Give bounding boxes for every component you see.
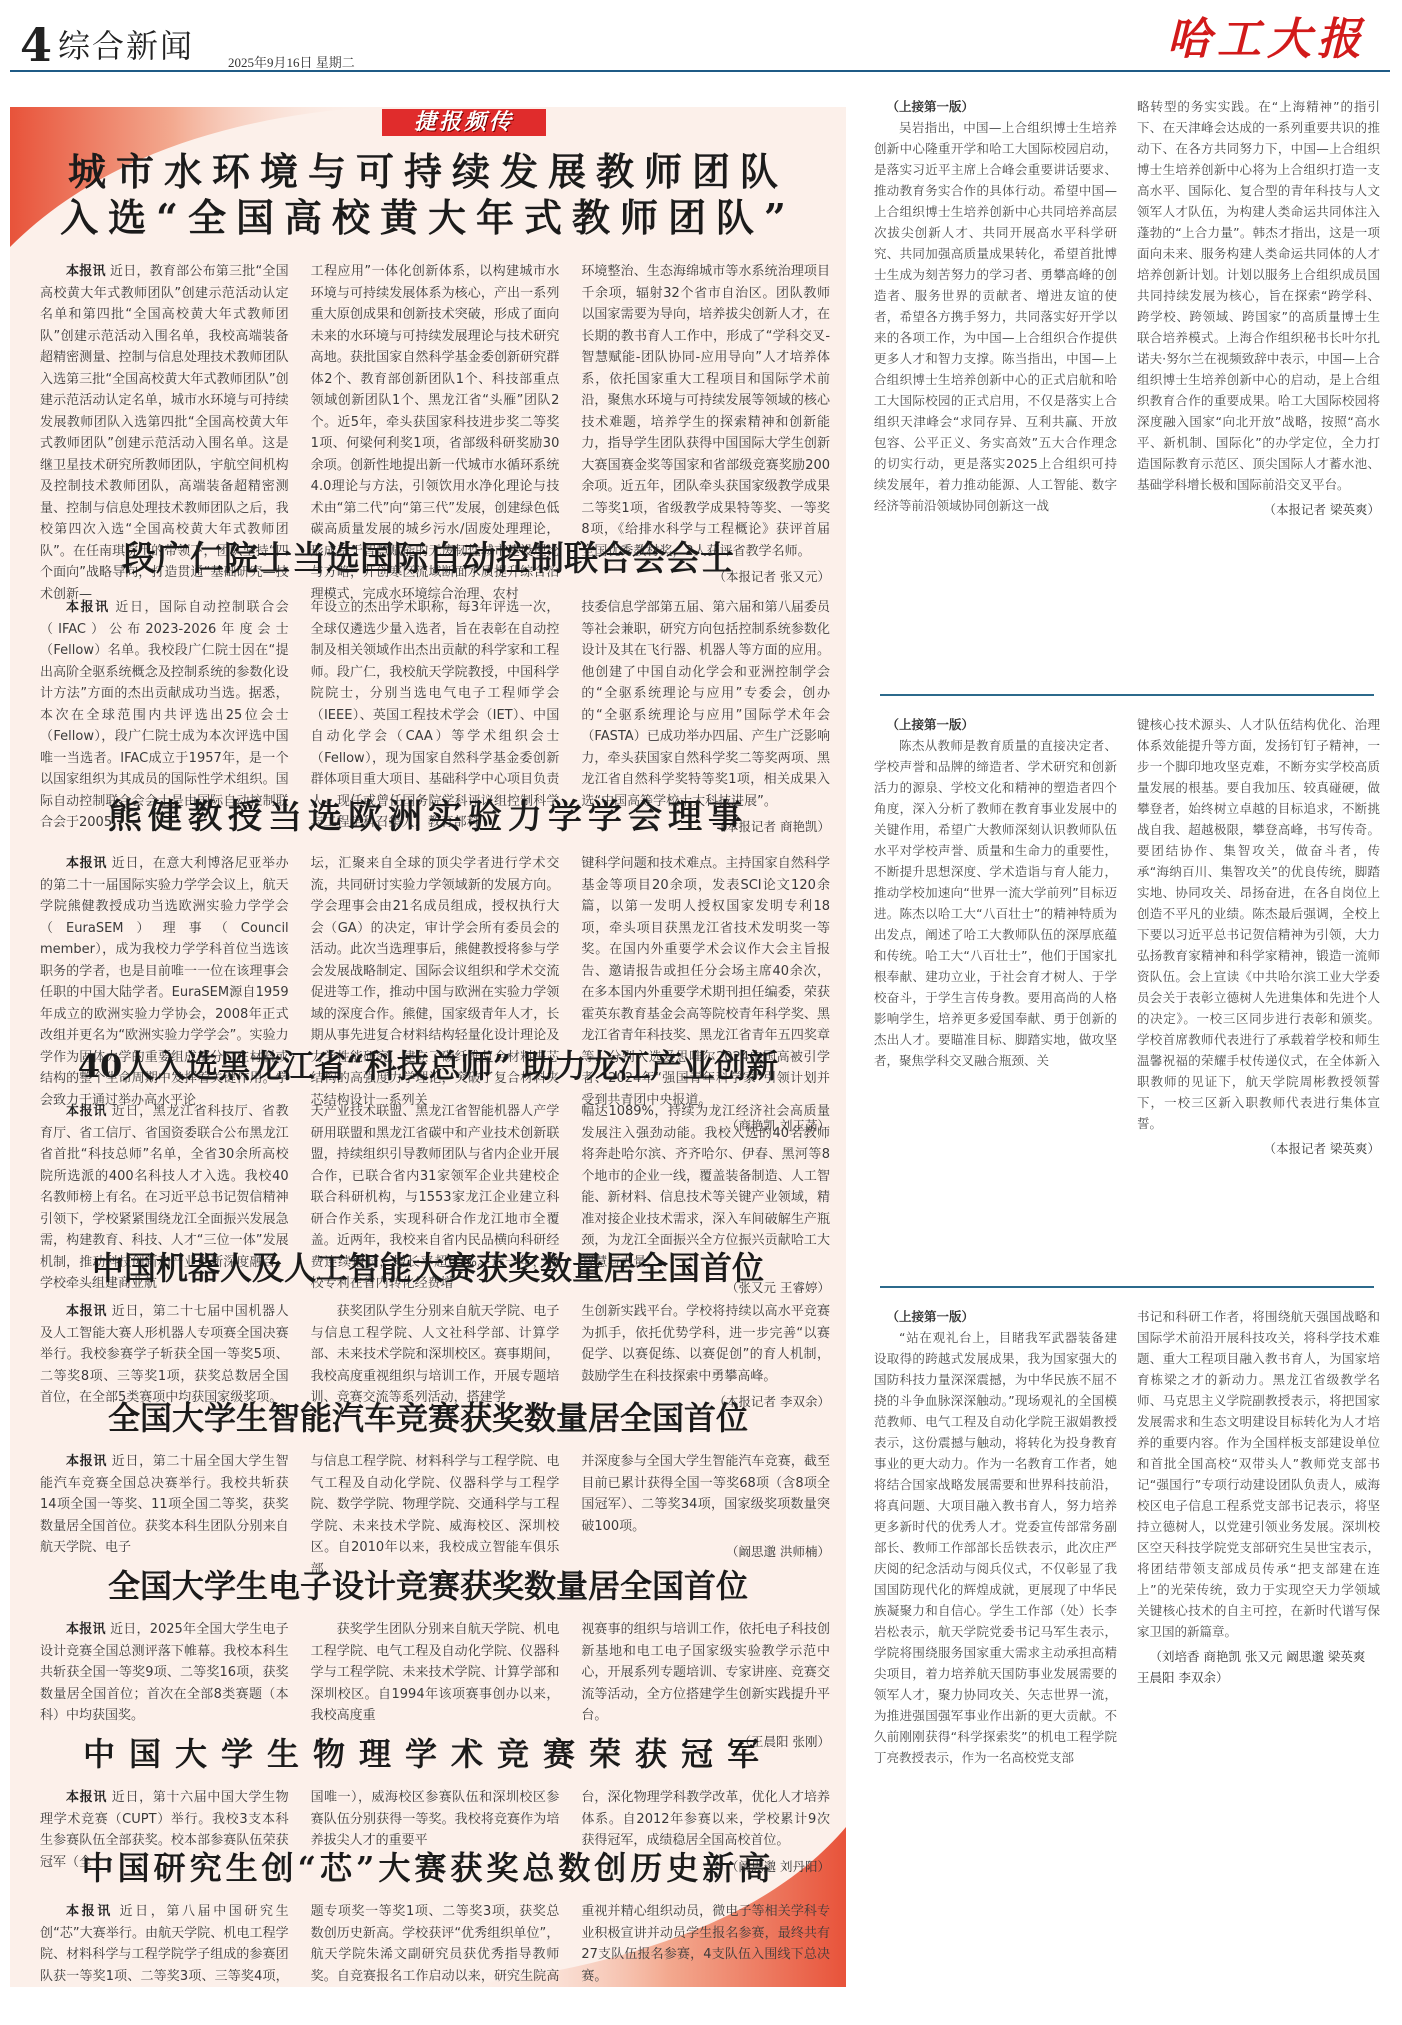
article-column: 略转型的务实实践。在“上海精神”的指引下、在天津峰会达成的一系列重要共识的推动下…	[1137, 96, 1380, 520]
article-column: （上接第一版） 吴岩指出，中国—上合组织博士生培养创新中心隆重开学和哈工大国际校…	[874, 96, 1117, 520]
article-teacher-team: 城市水环境与可持续发展教师团队 入选“全国高校黄大年式教师团队” 本报讯 近日，…	[10, 149, 846, 240]
headline: 熊健教授当选欧洲实验力学学会理事	[10, 797, 846, 838]
continued-label: （上接第一版）	[874, 1306, 1117, 1327]
article-electronic-design: 全国大学生电子设计竞赛获奖数量居全国首位 本报讯 近日，2025年全国大学生电子…	[10, 1567, 846, 1605]
article-body: （上接第一版） 陈杰从教师是教育质量的直接决定者、学校声誉和品牌的缔造者、学术研…	[874, 714, 1380, 1159]
article-column: 题专项奖一等奖1项、二等奖3项，获奖总数创历史新高。学校获评“优秀组织单位”，航…	[311, 1901, 560, 1987]
article-robot-contest: 中国机器人及人工智能大赛获奖数量居全国首位 本报讯 近日，第二十七届中国机器人及…	[10, 1249, 846, 1287]
headline: 中国机器人及人工智能大赛获奖数量居全国首位	[10, 1249, 846, 1287]
article-body: 本报讯 近日，第二十届全国大学生智能汽车竞赛全国总决赛举行。我校共斩获14项全国…	[40, 1451, 830, 1580]
article-column: 键核心技术源头、人才队伍结构优化、治理体系效能提升等方面，发扬钉钉子精神，一步一…	[1137, 714, 1380, 1159]
article-column: 本报讯 近日，第八届中国研究生创“芯”大赛举行。由航天学院、机电工程学院、材料科…	[40, 1901, 289, 1987]
news-flash-panel: 捷报频传 城市水环境与可持续发展教师团队 入选“全国高校黄大年式教师团队” 本报…	[10, 107, 846, 1987]
page-number: 4	[20, 22, 52, 68]
byline: （阚思邈 洪师楠）	[581, 1541, 830, 1563]
article-column: 获奖学生团队分别来自航天学院、机电工程学院、电气工程及自动化学院、仪器科学与工程…	[311, 1619, 560, 1752]
article-column: 并深度参与全国大学生智能汽车竞赛，截至目前已累计获得全国一等奖68项（含8项全国…	[581, 1451, 830, 1580]
article-column: 重视并精心组织动员，微电子等相关学科专业积极宣讲并动员学生报名参赛，最终共有27…	[581, 1901, 830, 1987]
article-column: （上接第一版） 陈杰从教师是教育质量的直接决定者、学校声誉和品牌的缔造者、学术研…	[874, 714, 1117, 1159]
article-column: 生创新实践平台。学校将持续以高水平竞赛为抓手，依托优势学科，进一步完善“以赛促学…	[581, 1301, 830, 1413]
headline: 全国大学生电子设计竞赛获奖数量居全国首位	[10, 1567, 846, 1605]
article-body: 本报讯 近日，在意大利博洛尼亚举办的第二十一届国际实验力学学会议上，航天学院熊健…	[40, 853, 830, 1137]
article-body: 本报讯 近日，第八届中国研究生创“芯”大赛举行。由航天学院、机电工程学院、材料科…	[40, 1901, 830, 1987]
article-tech-chief: 40人入选黑龙江省“科技总师” 助力龙江产业创新 本报讯 近日，黑龙江省科技厅、…	[10, 1047, 846, 1085]
article-chip-contest: 中国研究生创“芯”大赛获奖总数创历史新高 本报讯 近日，第八届中国研究生创“芯”…	[10, 1849, 846, 1887]
article-column: （上接第一版） “站在观礼台上，目睹我军武器装备建设取得的跨越式发展成果，我为国…	[874, 1306, 1117, 1768]
article-body: （上接第一版） 吴岩指出，中国—上合组织博士生培养创新中心隆重开学和哈工大国际校…	[874, 96, 1380, 520]
headline: 城市水环境与可持续发展教师团队 入选“全国高校黄大年式教师团队”	[10, 149, 846, 240]
headline: 全国大学生智能汽车竞赛获奖数量居全国首位	[10, 1399, 846, 1437]
continued-article-sco: （上接第一版） 吴岩指出，中国—上合组织博士生培养创新中心隆重开学和哈工大国际校…	[868, 90, 1386, 690]
headline: 40人入选黑龙江省“科技总师” 助力龙江产业创新	[10, 1047, 846, 1085]
article-column: 本报讯 近日，2025年全国大学生电子设计竞赛全国总测评落下帷幕。我校本科生共斩…	[40, 1619, 289, 1752]
article-column: 本报讯 近日，第二十七届中国机器人及人工智能大赛人形机器人专项赛全国决赛举行。我…	[40, 1301, 289, 1413]
article-eurasem: 熊健教授当选欧洲实验力学学会理事 本报讯 近日，在意大利博洛尼亚举办的第二十一届…	[10, 797, 846, 838]
section-title: 综合新闻	[58, 30, 194, 62]
headline: 段广仁院士当选国际自动控制联合会会士	[10, 539, 846, 580]
continued-label: （上接第一版）	[874, 714, 1117, 735]
masthead: 4 综合新闻 2025年9月16日 星期二 哈工大报	[0, 0, 1402, 72]
paper-logo: 哈工大报	[1167, 18, 1367, 62]
article-column: 获奖团队学生分别来自航天学院、电子与信息工程学院、人文社科学部、计算学部、未来技…	[311, 1301, 560, 1413]
issue-date: 2025年9月16日 星期二	[228, 52, 355, 71]
continued-article-parade: （上接第一版） “站在观礼台上，目睹我军武器装备建设取得的跨越式发展成果，我为国…	[868, 1300, 1386, 1990]
byline: （本报记者 梁英爽）	[1137, 1138, 1380, 1159]
article-physics-contest: 中国大学生物理学术竞赛荣获冠军 本报讯 近日，第十六届中国大学生物理学术竞赛（C…	[10, 1735, 846, 1773]
article-body: 本报讯 近日，2025年全国大学生电子设计竞赛全国总测评落下帷幕。我校本科生共斩…	[40, 1619, 830, 1752]
article-column: 坛，汇聚来自全球的顶尖学者进行学术交流，共同研讨实验力学领域新的发展方向。学会理…	[311, 853, 560, 1137]
masthead-rule	[10, 70, 1390, 72]
headline: 中国研究生创“芯”大赛获奖总数创历史新高	[10, 1849, 846, 1887]
article-column: 视赛事的组织与培训工作，依托电子科技创新基地和电工电子国家级实验教学示范中心，开…	[581, 1619, 830, 1752]
continued-article-teachers: （上接第一版） 陈杰从教师是教育质量的直接决定者、学校声誉和品牌的缔造者、学术研…	[868, 708, 1386, 1282]
section-divider	[880, 1286, 1374, 1288]
byline: （刘培香 商艳凯 张又元 阚思邈 梁英爽 王晨阳 李双余）	[1137, 1646, 1380, 1688]
article-body: （上接第一版） “站在观礼台上，目睹我军武器装备建设取得的跨越式发展成果，我为国…	[874, 1306, 1380, 1768]
section-banner: 捷报频传	[382, 109, 546, 136]
headline: 中国大学生物理学术竞赛荣获冠军	[10, 1735, 846, 1773]
article-column: 键科学问题和技术难点。主持国家自然科学基金等项目20余项，发表SCI论文120余…	[581, 853, 830, 1137]
continued-articles-column: （上接第一版） 吴岩指出，中国—上合组织博士生培养创新中心隆重开学和哈工大国际校…	[868, 90, 1386, 1990]
article-column: 本报讯 近日，在意大利博洛尼亚举办的第二十一届国际实验力学学会议上，航天学院熊健…	[40, 853, 289, 1137]
article-column: 本报讯 近日，第二十届全国大学生智能汽车竞赛全国总决赛举行。我校共斩获14项全国…	[40, 1451, 289, 1580]
section-divider	[880, 694, 1374, 696]
byline: （本报记者 梁英爽）	[1137, 499, 1380, 520]
article-body: 本报讯 近日，第二十七届中国机器人及人工智能大赛人形机器人专项赛全国决赛举行。我…	[40, 1301, 830, 1413]
article-column: 书记和科研工作者，将围绕航天强国战略和国际学术前沿开展科技攻关，将科学技术难题、…	[1137, 1306, 1380, 1768]
article-column: 与信息工程学院、材料科学与工程学院、电气工程及自动化学院、仪器科学与工程学院、数…	[311, 1451, 560, 1580]
continued-label: （上接第一版）	[874, 96, 1117, 117]
article-ifac-fellow: 段广仁院士当选国际自动控制联合会会士 本报讯 近日，国际自动控制联合会（IFAC…	[10, 539, 846, 580]
article-smart-car: 全国大学生智能汽车竞赛获奖数量居全国首位 本报讯 近日，第二十届全国大学生智能汽…	[10, 1399, 846, 1437]
